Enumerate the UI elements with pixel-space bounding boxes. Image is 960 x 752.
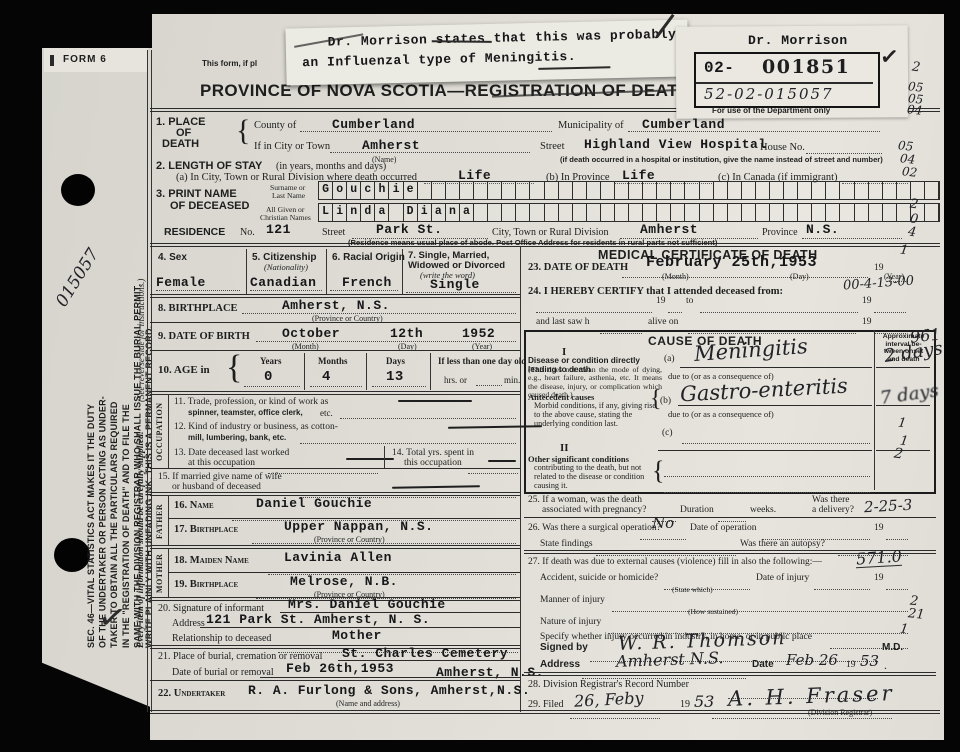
letter-cell: o	[333, 182, 347, 199]
scanned-document-page: { "glyphs": {"brace": "{", "nineteen": "…	[0, 0, 960, 752]
letter-cell	[728, 204, 742, 221]
s15-line2: or husband of deceased	[172, 482, 261, 492]
s22-caption: (Name and address)	[336, 699, 400, 708]
letter-cell	[601, 204, 615, 221]
brace-glyph: {	[226, 349, 242, 387]
letter-cell	[545, 204, 559, 221]
letter-cell	[629, 204, 643, 221]
s18-label: 18. Maiden Name	[174, 555, 249, 566]
s27-label: 27. If death was due to external causes …	[528, 557, 822, 567]
letter-cell	[784, 204, 798, 221]
letter-cell	[530, 204, 544, 221]
rule	[150, 680, 520, 681]
cause-a-label: (a)	[664, 354, 675, 364]
leader	[814, 578, 870, 590]
s23-value: February 25th,1953	[646, 254, 817, 271]
leader	[536, 301, 652, 313]
year-19-prefix: 19	[862, 296, 872, 306]
box-divider	[696, 82, 873, 84]
interval-column-divider	[874, 330, 875, 490]
rule	[150, 545, 520, 549]
letter-cell: G	[319, 182, 333, 199]
s13-line2: at this occupation	[188, 458, 255, 468]
s9-month: October	[282, 326, 340, 341]
letter-cell	[671, 204, 685, 221]
letter-cell	[474, 182, 488, 199]
stamp-checkmark: ✓	[879, 43, 900, 71]
rule	[150, 322, 520, 323]
letter-cell	[488, 204, 502, 221]
s15-line1: 15. If married give name of wife	[158, 472, 282, 482]
s8-value: Amherst, N.S.	[282, 298, 390, 313]
s19-label: 19. Birthplace	[174, 579, 238, 590]
rule	[678, 405, 872, 406]
rule	[524, 517, 936, 518]
county-label: County of	[254, 120, 296, 131]
leader	[330, 279, 398, 291]
leader	[886, 578, 908, 590]
s23-month-caption: (Month)	[662, 272, 689, 281]
letter-cell	[502, 204, 516, 221]
letter-cell	[883, 204, 897, 221]
column-divider	[520, 247, 521, 712]
taped-annotation-note: Dr. Morrison states that this was probab…	[285, 19, 688, 85]
s10-less-header: If less than one day old	[438, 356, 526, 366]
house-no-label: House No.	[760, 142, 805, 153]
letter-cell	[643, 182, 657, 199]
rule	[150, 468, 520, 469]
city-town-label: If in City or Town	[254, 141, 330, 152]
signed-by-label: Signed by	[540, 642, 588, 653]
letter-cell: e	[404, 182, 418, 199]
antecedent-body: Morbid conditions, if any, giving rise t…	[534, 401, 664, 428]
city-value: Amherst	[362, 138, 420, 153]
department-caption: For use of the Department only	[712, 106, 830, 115]
letter-cell	[826, 182, 840, 199]
s10-hrs-label: hrs. or	[444, 375, 467, 385]
letter-cell: i	[333, 204, 347, 221]
law-text-line: TAKER TO OBTAIN ALL THE PARTICULARS REQU…	[109, 196, 121, 648]
cause-roman-2: II	[560, 442, 569, 454]
underline-mark	[538, 66, 610, 70]
s14-line2: this occupation	[404, 458, 462, 468]
s10-years-header: Years	[260, 356, 282, 366]
cause-due-to-2: due to (or as a consequence of)	[668, 409, 774, 419]
s10-min-label: min.	[504, 375, 520, 385]
period-glyph: .	[884, 658, 887, 673]
handwritten-registration-number: 52-02-015057	[704, 85, 834, 103]
letter-cell	[530, 182, 544, 199]
s14-line1: 14. Total yrs. spent in	[392, 448, 474, 458]
group-divider	[168, 495, 169, 545]
form-left-border-inner	[151, 50, 152, 712]
letter-cell	[840, 182, 854, 199]
s20-informant-value: Mrs. Daniel Gouchie	[288, 597, 446, 612]
occupation-group-label: OCCUPATION	[155, 396, 164, 468]
s24-alive-on-label: alive on	[648, 317, 678, 327]
cell-divider	[326, 249, 327, 294]
letter-cell	[685, 204, 699, 221]
form-number-label: FORM 6	[63, 54, 107, 65]
s4-label: 4. Sex	[158, 252, 187, 263]
reverse-side-note: (See reverse side for instructions.)	[136, 278, 146, 401]
given-names-letter-boxes: Linda Diana	[318, 203, 940, 222]
leader	[310, 375, 362, 387]
letter-cell	[446, 182, 460, 199]
mother-group-label: MOTHER	[155, 550, 164, 597]
residence-street-value: Park St.	[376, 222, 442, 237]
residence-label: RESIDENCE	[164, 226, 225, 238]
leader	[682, 432, 870, 444]
s25-was-there: Was there	[812, 495, 849, 505]
letter-cell	[587, 204, 601, 221]
letter-cell	[389, 204, 403, 221]
leader	[330, 141, 530, 153]
letter-cell: a	[375, 204, 389, 221]
letter-cell	[714, 204, 728, 221]
letter-cell	[587, 182, 601, 199]
s10-days-header: Days	[386, 356, 405, 366]
stamp-number: 001851	[762, 56, 850, 78]
residence-city-value: Amherst	[640, 222, 698, 237]
letter-cell	[700, 182, 714, 199]
letter-cell	[728, 182, 742, 199]
leader	[340, 407, 516, 419]
s17-label: 17. Birthplace	[174, 524, 238, 535]
note-line-1: Dr. Morrison states that this was probab…	[328, 27, 677, 50]
cell-divider	[430, 353, 431, 390]
letter-cell	[488, 182, 502, 199]
brace-glyph: {	[236, 114, 250, 148]
cause-b-label: (b)	[660, 396, 671, 406]
residence-street-label: Street	[322, 227, 345, 238]
margin-note: 02	[901, 164, 918, 180]
municipality-label: Municipality of	[558, 120, 624, 131]
s2-paren: (in years, months and days)	[276, 161, 386, 172]
supplied-note: Every item of information should be care…	[136, 432, 146, 648]
leader	[874, 301, 906, 313]
letter-cell	[502, 182, 516, 199]
letter-cell	[418, 182, 432, 199]
year-19-prefix: 19	[874, 573, 884, 583]
leader	[250, 279, 322, 291]
s25-weeks-label: weeks.	[750, 505, 776, 515]
county-value: Cumberland	[332, 117, 415, 132]
partial-form-note: This form, if pl	[202, 59, 257, 68]
s27-manner-label: Manner of injury	[540, 595, 605, 605]
group-divider	[168, 394, 169, 468]
punch-hole	[54, 538, 90, 572]
residence-city-label: City, Town or Rural Division	[492, 227, 609, 238]
s1-death: DEATH	[162, 138, 199, 150]
letter-cell	[798, 182, 812, 199]
signed-date-label: Date	[752, 659, 774, 670]
s9-label: 9. DATE OF BIRTH	[158, 331, 250, 342]
year-19-prefix: 19	[680, 699, 690, 710]
s3-number: 3. PRINT NAME	[156, 188, 237, 200]
s21-date-value: Feb 26th,1953	[286, 661, 394, 676]
letter-cell	[559, 204, 573, 221]
rule	[168, 572, 520, 573]
letter-cell	[756, 182, 770, 199]
letter-cell	[460, 182, 474, 199]
rule	[680, 367, 872, 368]
letter-cell	[798, 204, 812, 221]
letter-cell	[770, 182, 784, 199]
s21-value: St. Charles Cemetery	[342, 646, 508, 661]
residence-no-value: 121	[266, 222, 291, 237]
letter-cell: n	[446, 204, 460, 221]
s29-caption: (Division Registrar)	[808, 708, 872, 717]
s13-line1: 13. Date deceased last worked	[174, 448, 289, 458]
s29-filed-day: 26, Feby	[574, 688, 644, 711]
leader	[806, 142, 882, 154]
cell-divider	[384, 446, 385, 468]
margin-note: 04	[906, 102, 923, 118]
s11-etc: etc.	[320, 408, 333, 418]
letter-cell	[742, 182, 756, 199]
s18-value: Lavinia Allen	[284, 550, 392, 565]
s5-sub: (Nationality)	[264, 262, 308, 272]
rule	[658, 450, 872, 451]
letter-cell: u	[347, 182, 361, 199]
letter-cell	[629, 182, 643, 199]
s17-value: Upper Nappan, N.S.	[284, 519, 433, 534]
letter-cell	[897, 182, 911, 199]
leader	[372, 375, 426, 387]
s11-line1: 11. Trade, profession, or kind of work a…	[174, 397, 328, 407]
rule	[150, 350, 520, 351]
letter-cell	[925, 182, 939, 199]
letter-cell	[700, 204, 714, 221]
letter-cell	[474, 204, 488, 221]
s3-number2: OF DECEASED	[170, 200, 249, 212]
s16-value: Daniel Gouchie	[256, 496, 372, 511]
surname-letter-boxes: Gouchie	[318, 181, 940, 200]
s8-label: 8. BIRTHPLACE	[158, 303, 238, 314]
year-19-prefix: 19	[874, 263, 884, 273]
signed-address-label: Address	[540, 659, 580, 670]
letter-cell: c	[361, 182, 375, 199]
leader	[886, 528, 908, 540]
year-19-prefix: 19	[862, 317, 872, 327]
s10-label: 10. AGE in	[158, 364, 210, 376]
s12-line1: 12. Kind of industry or business, as cot…	[174, 422, 338, 432]
s17-caption: (Province or Country)	[314, 535, 385, 544]
letter-cell	[671, 182, 685, 199]
signed-year-value: 53	[860, 652, 879, 670]
letter-cell	[516, 182, 530, 199]
stamp-prefix: 02-	[704, 59, 734, 77]
leader	[156, 279, 240, 291]
s26-date-label: Date of operation	[690, 523, 756, 533]
letter-cell	[869, 182, 883, 199]
s20-address-value: 121 Park St. Amherst, N. S.	[206, 612, 430, 627]
letter-cell	[826, 204, 840, 221]
letter-cell: n	[347, 204, 361, 221]
residence-province-label: Province	[762, 227, 798, 238]
letter-cell: a	[432, 204, 446, 221]
s12-line2-bold: mill, lumbering, bank, etc.	[188, 433, 286, 442]
cell-divider	[304, 353, 305, 390]
given-names-label2: Christian Names	[260, 213, 311, 222]
letter-cell	[756, 204, 770, 221]
municipality-value: Cumberland	[642, 117, 725, 132]
residence-no-label: No.	[240, 227, 255, 238]
street-label: Street	[540, 141, 565, 152]
year-19-prefix: 19	[656, 296, 666, 306]
leader	[640, 528, 686, 540]
letter-cell: a	[460, 204, 474, 221]
letter-cell	[840, 204, 854, 221]
letter-cell	[615, 182, 629, 199]
signed-date-value: Feb 26	[786, 651, 838, 669]
letter-cell	[812, 204, 826, 221]
father-group-label: FATHER	[155, 497, 164, 545]
department-doctor-name: Dr. Morrison	[748, 33, 848, 48]
letter-cell	[432, 182, 446, 199]
leader	[664, 481, 870, 493]
letter-cell: i	[418, 204, 432, 221]
letter-cell	[784, 182, 798, 199]
s22-value: R. A. Furlong & Sons, Amherst,N.S.	[248, 683, 530, 698]
s28-label: 28. Division Registrar's Record Number	[528, 679, 689, 690]
year-19-prefix: 19	[874, 523, 884, 533]
s25-line1: 25. If a woman, was the death	[528, 495, 642, 505]
letter-cell	[559, 182, 573, 199]
letter-cell: i	[389, 182, 403, 199]
form-left-border	[147, 50, 148, 712]
leader	[668, 301, 682, 313]
s20-relationship-value: Mother	[332, 628, 382, 643]
s10-months-header: Months	[318, 356, 348, 366]
letter-cell	[573, 204, 587, 221]
residence-note: (Residence means usual place of abode. P…	[348, 238, 717, 247]
s29-label: 29. Filed	[528, 699, 564, 710]
rule	[150, 391, 520, 395]
s20-relationship-label: Relationship to deceased	[172, 633, 271, 644]
s9-year: 1952	[462, 326, 495, 341]
s22-label: 22. Undertaker	[158, 688, 225, 699]
law-text-line: SEC. 46—VITAL STATISTICS ACT MAKES IT TH…	[86, 196, 98, 648]
s25-duration-label: Duration	[680, 505, 714, 515]
registration-number-box: 02- 001851 52-02-015057	[694, 52, 880, 108]
letter-cell	[812, 182, 826, 199]
letter-cell	[685, 182, 699, 199]
s23-day-caption: (Day)	[790, 272, 809, 281]
letter-cell	[869, 204, 883, 221]
letter-cell	[714, 182, 728, 199]
md-label: M.D.	[882, 642, 903, 653]
letter-cell: d	[361, 204, 375, 221]
letter-cell: h	[375, 182, 389, 199]
leader	[406, 281, 516, 293]
letter-cell	[516, 204, 530, 221]
note-line-2: an Influenzal type of Meningitis.	[302, 49, 576, 70]
s26-findings-label: State findings	[540, 539, 593, 549]
rule	[876, 405, 930, 406]
s6-label: 6. Racial Origin	[332, 252, 405, 263]
letter-cell	[643, 204, 657, 221]
physician-address: Amherst N.S.	[616, 648, 724, 671]
letter-cell	[601, 182, 615, 199]
cell-divider	[366, 353, 367, 390]
letter-cell	[742, 204, 756, 221]
street-value: Highland View Hospital	[584, 137, 767, 152]
law-text-line: OF THE UNDERTAKER OR PERSON ACTING AS UN…	[98, 196, 110, 648]
s25-handwritten: 2-25-3	[864, 496, 913, 517]
s25-line2: associated with pregnancy?	[542, 505, 646, 515]
other-conditions-body: contributing to the death, but not relat…	[534, 463, 662, 490]
s21-date-label: Date of burial or removal	[172, 667, 274, 678]
brace-glyph: {	[652, 456, 664, 486]
s24-to-label: to	[686, 296, 693, 306]
letter-cell	[770, 204, 784, 221]
leader	[300, 432, 516, 444]
margin-note: 961	[909, 324, 941, 346]
s16-label: 16. Name	[174, 500, 214, 511]
s27-date-injury-label: Date of injury	[756, 573, 809, 583]
s11-line2-bold: spinner, teamster, office clerk,	[188, 408, 303, 417]
leader	[718, 510, 746, 522]
leader	[476, 374, 502, 386]
letter-cell: D	[404, 204, 418, 221]
residence-province-value: N.S.	[806, 222, 839, 237]
cell-divider	[246, 249, 247, 294]
law-text-line: IN THE "REGISTRATION OF DEATH" AND TO FI…	[121, 196, 133, 648]
rule	[524, 672, 936, 676]
s9-day: 12th	[390, 326, 423, 341]
letter-cell: L	[319, 204, 333, 221]
hospital-note: (if death occurred in a hospital or inst…	[560, 155, 883, 164]
leader	[700, 301, 858, 313]
s27-how-sustained-caption: (How sustained)	[688, 607, 738, 616]
leader	[244, 375, 300, 387]
s23-label: 23. DATE OF DEATH	[528, 262, 628, 273]
rule	[876, 367, 930, 368]
margin-note: 21	[907, 606, 925, 623]
letter-cell	[855, 182, 869, 199]
letter-cell	[855, 204, 869, 221]
s2-title: 2. LENGTH OF STAY	[156, 160, 262, 172]
cause-c-label: (c)	[662, 428, 673, 438]
leader	[612, 600, 908, 612]
rule	[260, 677, 520, 678]
leader	[664, 465, 870, 477]
letter-cell	[925, 204, 939, 221]
scan-shadow-top-left	[42, 14, 152, 48]
s27-accident-label: Accident, suicide or homicide?	[540, 573, 658, 583]
tab-tick-mark	[50, 55, 54, 66]
s26-autopsy-label: Was there an autopsy?	[740, 539, 825, 549]
year-19-prefix: 19	[846, 660, 856, 670]
s27-nature-label: Nature of injury	[540, 617, 601, 627]
letter-cell	[883, 182, 897, 199]
letter-cell	[615, 204, 629, 221]
s27-state-which-caption: (State which)	[672, 585, 713, 594]
letter-cell	[573, 182, 587, 199]
letter-cell	[657, 204, 671, 221]
letter-cell	[657, 182, 671, 199]
s19-value: Melrose, N.B.	[290, 574, 398, 589]
surname-label2: Last Name	[272, 191, 305, 200]
s25-delivery: a delivery?	[812, 505, 854, 515]
s24-last-saw-label: and last saw h	[536, 317, 590, 327]
letter-cell	[545, 182, 559, 199]
